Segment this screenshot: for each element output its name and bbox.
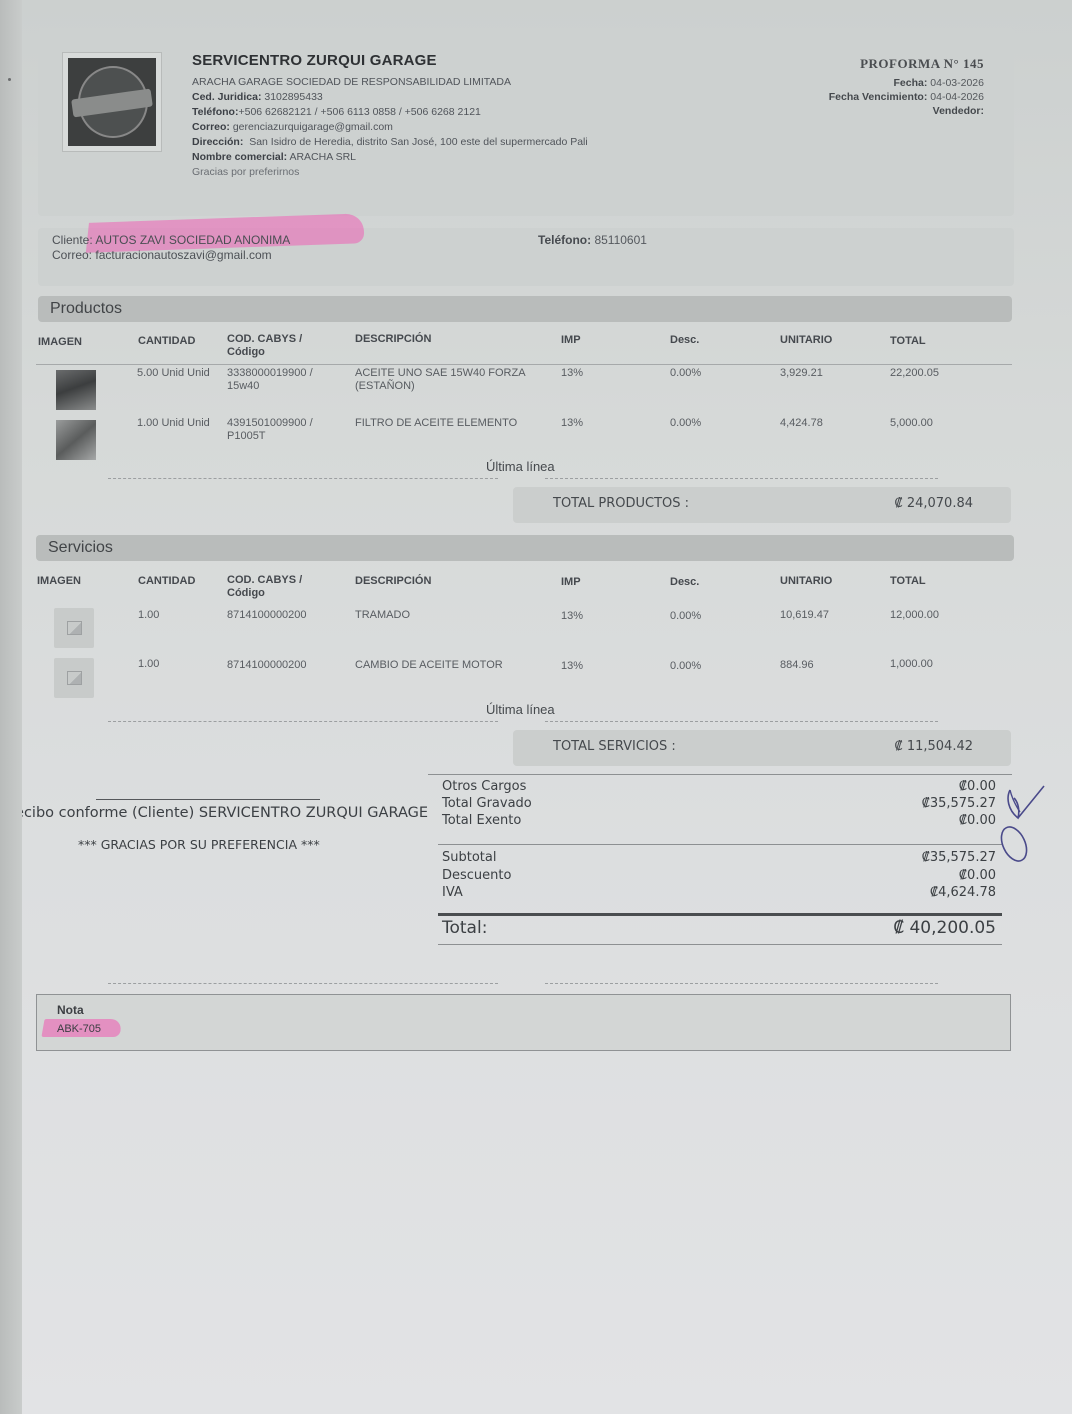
col-imp: IMP [561,334,581,347]
oil-drum-photo-icon [56,370,96,410]
client-name: Cliente: AUTOS ZAVI SOCIEDAD ANONIMA [52,233,290,248]
col-imagen: IMAGEN [37,575,81,588]
oil-filter-photo-icon [56,420,96,460]
col-cod: COD. CABYS /Código [227,574,302,600]
handwritten-ok-mark-icon [996,784,1046,868]
cell-total: 22,200.05 [890,367,939,380]
cell-cantidad: 5.00 Unid Unid [137,367,210,380]
summary-bottom-divider [438,944,1002,945]
company-tagline: Gracias por preferirnos [192,165,588,180]
iva-value: ₡4,624.78 [930,884,996,901]
phone-value: +506 62682121 / +506 6113 0858 / +506 62… [238,106,480,118]
col-descripcion: DESCRIPCIÓN [355,333,431,346]
grand-total-value: ₡ 40,200.05 [893,918,996,938]
iva-label: IVA [442,885,463,900]
cell-cantidad: 1.00 [138,658,159,671]
productos-table: IMAGEN CANTIDAD COD. CABYS /Código DESCR… [30,330,1020,470]
col-cantidad: CANTIDAD [138,335,195,348]
col-cod-line2: Código [227,587,302,600]
email-label: Correo: [192,121,230,133]
client-email-label: Correo: [52,248,92,262]
total-gravado-label: Total Gravado [442,796,532,811]
client-email: Correo: facturacionautoszavi@gmail.com [52,248,290,263]
cell-imp: 13% [561,610,583,623]
col-descripcion: DESCRIPCIÓN [355,575,431,588]
cell-desc-line1: ACEITE UNO SAE 15W40 FORZA [355,367,526,380]
col-cantidad: CANTIDAD [138,575,195,588]
signature-line [96,799,320,800]
cell-cod-line1: 4391501009900 / [227,417,313,430]
cell-unitario: 3,929.21 [780,367,823,380]
email-value: gerenciazurquigarage@gmail.com [233,121,393,133]
company-email: Correo: gerenciazurquigarage@gmail.com [192,120,588,135]
cell-descripcion: TRAMADO [355,609,410,622]
col-unitario: UNITARIO [780,575,832,588]
cell-cod-line2: P1005T [227,430,313,443]
otros-cargos-value: ₡0.00 [959,778,996,795]
cell-descripcion: FILTRO DE ACEITE ELEMENTO [355,417,517,430]
company-trade-name: Nombre comercial: ARACHA SRL [192,150,588,165]
cell-imp: 13% [561,367,583,380]
client-phone-label: Teléfono: [538,233,591,247]
col-total: TOTAL [890,575,926,588]
col-cod-line2: Código [227,346,302,359]
total-servicios: TOTAL SERVICIOS : ₡ 11,504.42 [513,730,1011,766]
ced-label: Ced. Juridica: [192,91,261,103]
seller-label: Vendedor: [933,105,984,117]
otros-cargos-row: Otros Cargos₡0.00 [442,778,996,795]
image-placeholder-icon [54,658,94,698]
proforma-info: PROFORMA N° 145 Fecha: 04-03-2026 Fecha … [829,56,984,118]
client-name-label: Cliente: [52,233,93,247]
company-address: Dirección: San Isidro de Heredia, distri… [192,135,588,150]
cell-unitario: 4,424.78 [780,417,823,430]
productos-last-line: Última línea [486,459,555,474]
date-label: Fecha: [894,77,928,89]
summary-mid-divider [438,844,1002,845]
cell-desc-line2: (ESTAÑON) [355,380,526,393]
paper-edge [0,0,22,1414]
cell-descuento: 0.00% [670,417,701,430]
total-exento-label: Total Exento [442,813,521,828]
company-legal-name: ARACHA GARAGE SOCIEDAD DE RESPONSABILIDA… [192,75,588,90]
dashed-divider [545,983,938,984]
paper-speck [8,78,11,81]
cell-descuento: 0.00% [670,660,701,673]
cell-cod: 4391501009900 /P1005T [227,417,313,443]
cell-total: 12,000.00 [890,609,939,622]
cell-cod-line1: 3338000019900 / [227,367,313,380]
cell-cod: 8714100000200 [227,659,307,672]
header-divider [36,364,1012,365]
signature-caption: Recibo conforme (Cliente) SERVICENTRO ZU… [22,805,428,821]
servicentro-logo-icon [68,58,156,146]
descuento-label: Descuento [442,868,511,883]
dashed-divider [545,721,938,722]
col-imagen: IMAGEN [38,336,82,349]
col-cod: COD. CABYS /Código [227,333,302,359]
descuento-value: ₡0.00 [959,867,996,884]
total-gravado-value: ₡35,575.27 [922,795,996,812]
address-value: San Isidro de Heredia, distrito San José… [249,136,588,148]
dashed-divider [108,478,498,479]
cell-descripcion: ACEITE UNO SAE 15W40 FORZA(ESTAÑON) [355,367,526,393]
iva-row: IVA₡4,624.78 [442,884,996,901]
company-ced: Ced. Juridica: 3102895433 [192,90,588,105]
grand-total-label: Total: [442,918,487,938]
total-exento-row: Total Exento₡0.00 [442,812,996,829]
productos-section-header: Productos [38,296,1012,322]
subtotal-value: ₡35,575.27 [922,849,996,866]
servicios-table: IMAGEN CANTIDAD COD. CABYS /Código DESCR… [30,570,1020,710]
cell-cod: 8714100000200 [227,609,307,622]
nota-value: ABK-705 [57,1023,101,1035]
cell-imp: 13% [561,417,583,430]
client-email-value: facturacionautoszavi@gmail.com [95,248,271,262]
address-label: Dirección: [192,136,243,148]
col-total: TOTAL [890,335,926,348]
subtotal-row: Subtotal₡35,575.27 [442,849,996,866]
client-name-value: AUTOS ZAVI SOCIEDAD ANONIMA [95,233,290,247]
proforma-due-date: Fecha Vencimiento: 04-04-2026 [829,90,984,104]
servicios-last-line: Última línea [486,702,555,717]
ced-value: 3102895433 [264,91,322,103]
cell-descuento: 0.00% [670,367,701,380]
col-cod-line1: COD. CABYS / [227,574,302,587]
proforma-date: Fecha: 04-03-2026 [829,76,984,90]
col-desc: Desc. [670,334,699,347]
col-cod-line1: COD. CABYS / [227,333,302,346]
date-value: 04-03-2026 [930,77,984,89]
cell-cantidad: 1.00 Unid Unid [137,417,210,430]
company-details: ARACHA GARAGE SOCIEDAD DE RESPONSABILIDA… [192,75,588,180]
col-desc: Desc. [670,576,699,589]
cell-imp: 13% [561,660,583,673]
trade-value: ARACHA SRL [289,151,356,163]
proforma-number: PROFORMA N° 145 [829,56,984,72]
cell-unitario: 10,619.47 [780,609,829,622]
nota-label: Nota [57,1003,84,1017]
cell-descuento: 0.00% [670,610,701,623]
client-phone-value: 85110601 [594,233,647,247]
summary-total-divider [438,913,1002,916]
total-exento-value: ₡0.00 [959,812,996,829]
cell-cod-line2: 15w40 [227,380,313,393]
company-phone: Teléfono:+506 62682121 / +506 6113 0858 … [192,105,588,120]
cell-total: 1,000.00 [890,658,933,671]
cell-unitario: 884.96 [780,659,814,672]
cell-cod: 3338000019900 /15w40 [227,367,313,393]
cell-cantidad: 1.00 [138,609,159,622]
proforma-seller: Vendedor: [829,104,984,118]
company-name: SERVICENTRO ZURQUI GARAGE [192,52,437,69]
cell-descripcion: CAMBIO DE ACEITE MOTOR [355,659,503,672]
descuento-row: Descuento₡0.00 [442,867,996,884]
nota-box: Nota ABK-705 [36,994,1011,1051]
total-gravado-row: Total Gravado₡35,575.27 [442,795,996,812]
thanks-message: *** GRACIAS POR SU PREFERENCIA *** [78,837,320,852]
due-date-label: Fecha Vencimiento: [829,91,928,103]
total-productos: TOTAL PRODUCTOS : ₡ 24,070.84 [513,487,1011,523]
col-unitario: UNITARIO [780,334,832,347]
due-date-value: 04-04-2026 [930,91,984,103]
client-phone: Teléfono: 85110601 [538,233,647,247]
cell-total: 5,000.00 [890,417,933,430]
dashed-divider [108,983,498,984]
phone-label: Teléfono: [192,106,238,118]
total-productos-label: TOTAL PRODUCTOS : [553,496,689,511]
company-logo [62,52,162,152]
col-imp: IMP [561,576,581,589]
total-productos-value: ₡ 24,070.84 [894,496,973,511]
otros-cargos-label: Otros Cargos [442,779,526,794]
trade-label: Nombre comercial: [192,151,287,163]
client-info: Cliente: AUTOS ZAVI SOCIEDAD ANONIMA Cor… [52,233,290,263]
total-servicios-value: ₡ 11,504.42 [894,739,973,754]
dashed-divider [108,721,498,722]
subtotal-label: Subtotal [442,850,496,865]
dashed-divider [545,478,938,479]
total-servicios-label: TOTAL SERVICIOS : [553,739,676,754]
image-placeholder-icon [54,608,94,648]
summary-top-divider [428,774,1012,775]
grand-total-row: Total:₡ 40,200.05 [442,918,996,938]
signature-caption-text: Recibo conforme (Cliente) SERVICENTRO ZU… [22,805,428,821]
servicios-section-header: Servicios [36,535,1014,561]
